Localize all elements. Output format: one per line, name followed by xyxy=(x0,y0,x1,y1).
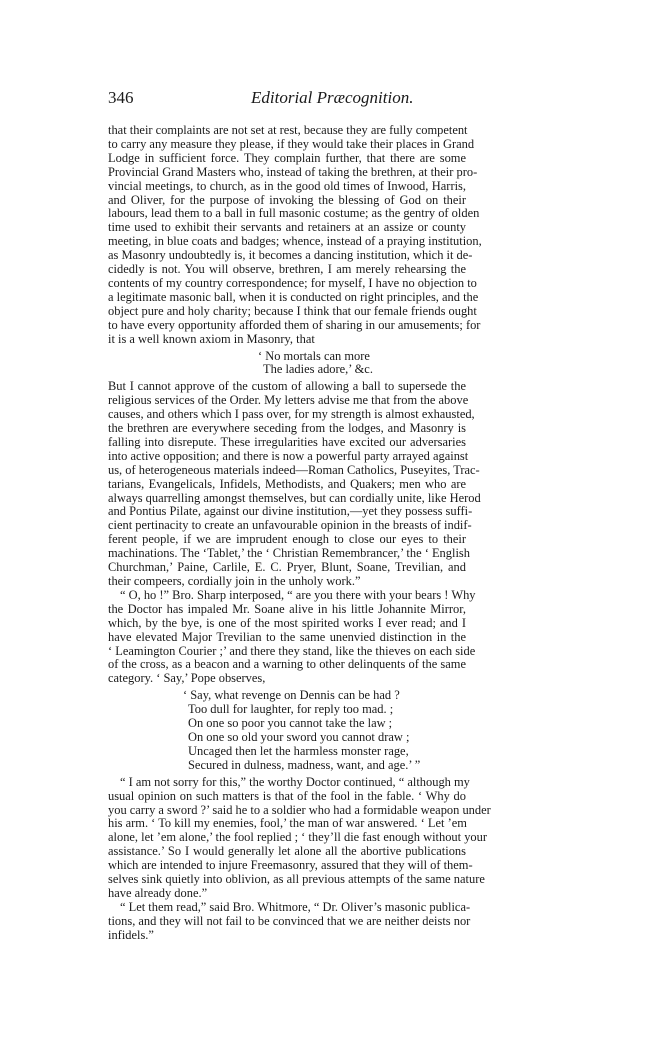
book-page: 346 Editorial Præcognition. that their c… xyxy=(108,88,468,943)
paragraph-4: “ I am not sorry for this,” the worthy D… xyxy=(108,776,466,901)
text-line: “ Let them read,” said Bro. Whitmore, “ … xyxy=(108,901,466,915)
text-line: to carry any measure they please, if the… xyxy=(108,138,466,152)
text-line: the brethren are everywhere seceding fro… xyxy=(108,422,466,436)
text-line: have already done.” xyxy=(108,887,466,901)
body-text: that their complaints are not set at res… xyxy=(108,124,466,943)
text-line: “ O, ho !” Bro. Sharp interposed, “ are … xyxy=(108,589,466,603)
text-line: falling into disrepute. These irregulari… xyxy=(108,436,466,450)
paragraph-2: But I cannot approve of the custom of al… xyxy=(108,380,466,589)
text-line: us, of heterogeneous materials indeed—Ro… xyxy=(108,464,466,478)
page-header: 346 Editorial Præcognition. xyxy=(108,88,468,110)
text-line: which are intended to injure Freemasonry… xyxy=(108,859,466,873)
text-line: always quarrelling amongst themselves, b… xyxy=(108,492,466,506)
text-line: labours, lead them to a ball in full mas… xyxy=(108,207,466,221)
text-line: ‘ Leamington Courier ;’ and there they s… xyxy=(108,645,466,659)
verse-line: Secured in dulness, madness, want, and a… xyxy=(183,759,466,773)
paragraph-3: “ O, ho !” Bro. Sharp interposed, “ are … xyxy=(108,589,466,686)
text-line: Churchman,’ Paine, Carlile, E. C. Pryer,… xyxy=(108,561,466,575)
verse-line: The ladies adore,’ &c. xyxy=(258,363,466,377)
text-line: time used to exhibit their servants and … xyxy=(108,221,466,235)
running-title: Editorial Præcognition. xyxy=(251,88,413,108)
verse-line: On one so poor you cannot take the law ; xyxy=(183,717,466,731)
text-line: of the cross, as a beacon and a warning … xyxy=(108,658,466,672)
text-line: usual opinion on such matters is that of… xyxy=(108,790,466,804)
verse-line: Uncaged then let the harmless monster ra… xyxy=(183,745,466,759)
page-number: 346 xyxy=(108,88,134,108)
verse-quote-2: ‘ Say, what revenge on Dennis can be had… xyxy=(108,689,466,772)
text-line: cidedly is not. You will observe, brethr… xyxy=(108,263,466,277)
text-line: alone, let ’em alone,’ the fool replied … xyxy=(108,831,466,845)
text-line: his arm. ‘ To kill my enemies, fool,’ th… xyxy=(108,817,466,831)
text-line: tarians, Evangelicals, Infidels, Methodi… xyxy=(108,478,466,492)
text-line: “ I am not sorry for this,” the worthy D… xyxy=(108,776,466,790)
text-line: their compeers, cordially join in the un… xyxy=(108,575,466,589)
verse-quote-1: ‘ No mortals can more The ladies adore,’… xyxy=(108,350,466,378)
text-line: to have every opportunity afforded them … xyxy=(108,319,466,333)
text-line: you carry a sword ?’ said he to a soldie… xyxy=(108,804,466,818)
text-line: have elevated Major Trevilian to the sam… xyxy=(108,631,466,645)
verse-line: On one so old your sword you cannot draw… xyxy=(183,731,466,745)
text-line: and Oliver, for the purpose of invoking … xyxy=(108,194,466,208)
text-line: category. ‘ Say,’ Pope observes, xyxy=(108,672,466,686)
text-line: tions, and they will not fail to be conv… xyxy=(108,915,466,929)
text-line: religious services of the Order. My lett… xyxy=(108,394,466,408)
paragraph-1: that their complaints are not set at res… xyxy=(108,124,466,347)
text-line: ferent people, if we are imprudent enoug… xyxy=(108,533,466,547)
text-line: as Masonry undoubtedly is, it becomes a … xyxy=(108,249,466,263)
text-line: it is a well known axiom in Masonry, tha… xyxy=(108,333,466,347)
text-line: contents of my country correspondence; f… xyxy=(108,277,466,291)
text-line: causes, and others which I pass over, fo… xyxy=(108,408,466,422)
text-line: into active opposition; and there is now… xyxy=(108,450,466,464)
text-line: infidels.” xyxy=(108,929,466,943)
text-line: Lodge in sufficient force. They complain… xyxy=(108,152,466,166)
verse-line: Too dull for laughter, for reply too mad… xyxy=(183,703,466,717)
text-line: which, by the bye, is one of the most sp… xyxy=(108,617,466,631)
paragraph-5: “ Let them read,” said Bro. Whitmore, “ … xyxy=(108,901,466,943)
text-line: and Pontius Pilate, against our divine i… xyxy=(108,505,466,519)
text-line: selves sink quietly into oblivion, as al… xyxy=(108,873,466,887)
text-line: Provincial Grand Masters who, instead of… xyxy=(108,166,466,180)
text-line: assistance.’ So I would generally let al… xyxy=(108,845,466,859)
text-line: the Doctor has impaled Mr. Soane alive i… xyxy=(108,603,466,617)
text-line: that their complaints are not set at res… xyxy=(108,124,466,138)
text-line: a legitimate masonic ball, when it is co… xyxy=(108,291,466,305)
text-line: meeting, in blue coats and badges; whenc… xyxy=(108,235,466,249)
verse-line: ‘ No mortals can more xyxy=(258,350,466,364)
verse-line: ‘ Say, what revenge on Dennis can be had… xyxy=(183,689,466,703)
text-line: vincial meetings, to church, as in the g… xyxy=(108,180,466,194)
text-line: cient pertinacity to create an unfavoura… xyxy=(108,519,466,533)
text-line: machinations. The ‘Tablet,’ the ‘ Christ… xyxy=(108,547,466,561)
text-line: But I cannot approve of the custom of al… xyxy=(108,380,466,394)
text-line: object pure and holy charity; because I … xyxy=(108,305,466,319)
